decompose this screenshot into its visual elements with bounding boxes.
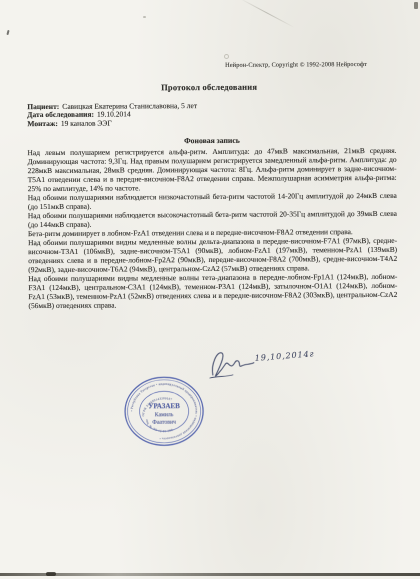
doctor-stamp: • Республика Татарстан • индивидуальный …	[122, 374, 206, 449]
scan-speck	[143, 16, 146, 18]
stamp-name-first: Камиль	[155, 412, 174, 418]
stamp-name-surname: УРАЗАЕВ	[148, 402, 180, 410]
scan-speck	[224, 54, 229, 59]
signature-area: • Республика Татарстан • индивидуальный …	[0, 0, 420, 579]
scan-speck	[414, 2, 418, 9]
handwritten-signature	[206, 344, 258, 382]
scan-edge-blob	[46, 572, 56, 577]
handwritten-date: 19,10,2014г	[255, 349, 315, 363]
stamp-name-patronymic: Фаатович	[152, 420, 176, 426]
signature-tail-stroke	[210, 375, 233, 378]
scanned-protocol-page: Нейрон-Спектр, Copyright © 1992-2008 Ней…	[0, 0, 420, 579]
scan-bottom-edge	[0, 573, 420, 576]
signature-stroke	[212, 353, 254, 377]
document-content: Нейрон-Спектр, Copyright © 1992-2008 Ней…	[0, 0, 420, 579]
